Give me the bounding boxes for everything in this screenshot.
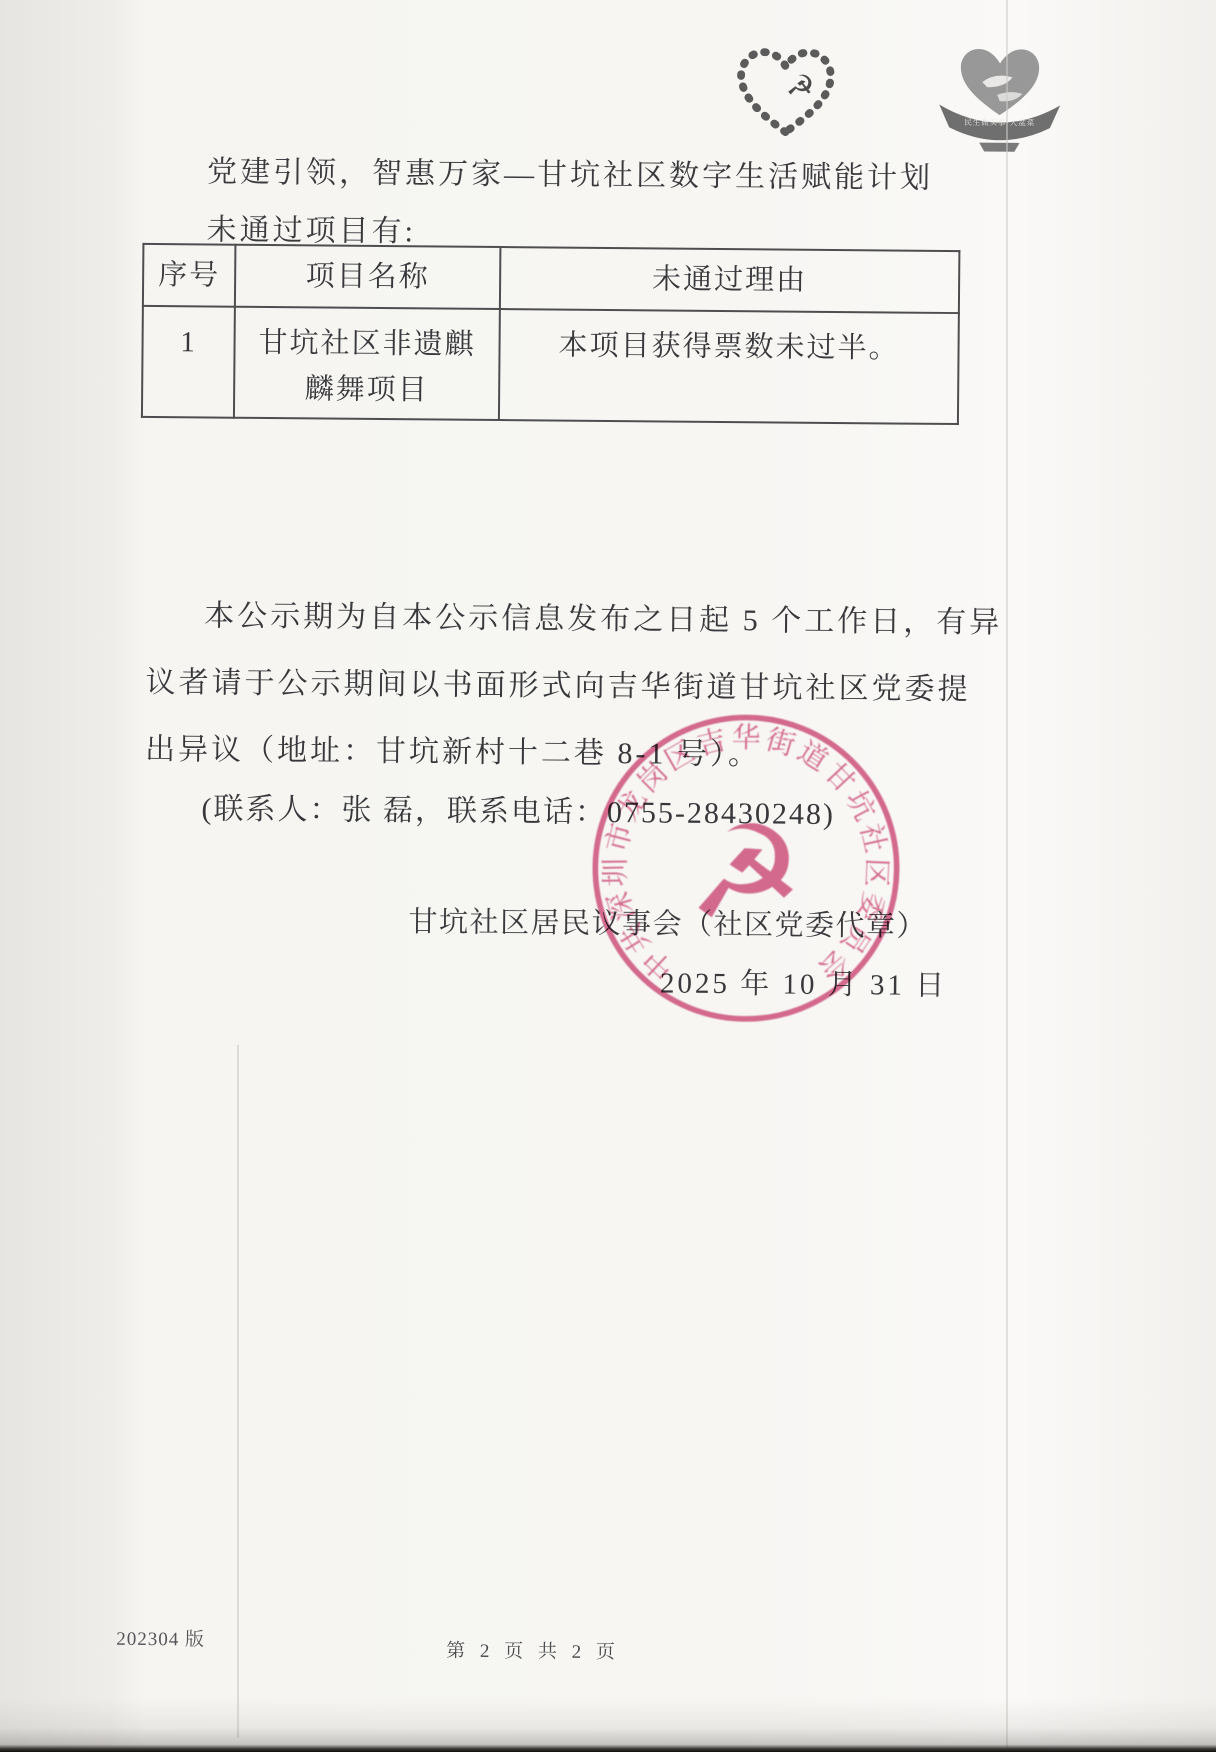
col-header-project-name: 项目名称 (235, 245, 501, 309)
cell-index: 1 (142, 306, 235, 418)
document-sheet: ☭ 民生微实事·大盆菜 党建引领，智惠万家—甘坑社区数字生活赋能计划 未通过项目… (0, 0, 1216, 1752)
notice-paragraph-line1: 本公示期为自本公示信息发布之日起 5 个工作日，有异 (146, 590, 1002, 641)
cell-project-name: 甘坑社区非遗麒麟舞项目 (234, 307, 500, 420)
scan-page-edge-line (1006, 0, 1008, 1752)
rejected-projects-table: 序号 项目名称 未通过理由 1 甘坑社区非遗麒麟舞项目 本项目获得票数未过半。 (141, 243, 960, 425)
official-red-seal: 中共深圳市龙岗区吉华街道甘坑社区委员会 ☭ (581, 703, 912, 1034)
notice-paragraph-line2: 议者请于公示期间以书面形式向吉华街道甘坑社区党委提 (145, 657, 970, 708)
minsheng-dapencai-logo: 民生微实事·大盆菜 (931, 29, 1068, 156)
seal-hammer-sickle-icon: ☭ (687, 798, 804, 949)
table-row: 1 甘坑社区非遗麒麟舞项目 本项目获得票数未过半。 (142, 306, 959, 424)
bowl-foot-shape (979, 143, 1019, 152)
party-heart-logo: ☭ (729, 33, 842, 146)
scan-crease-line (237, 1045, 239, 1738)
hammer-sickle-icon: ☭ (783, 67, 817, 107)
seal-graphic: 中共深圳市龙岗区吉华街道甘坑社区委员会 ☭ (581, 703, 912, 1034)
minsheng-logo-graphic: 民生微实事·大盆菜 (931, 29, 1068, 156)
project-title-line: 党建引领，智惠万家—甘坑社区数字生活赋能计划 (207, 146, 933, 196)
cell-reject-reason: 本项目获得票数未过半。 (499, 309, 959, 424)
col-header-index: 序号 (143, 244, 236, 307)
minsheng-logo-caption: 民生微实事·大盆菜 (964, 117, 1035, 128)
scan-bottom-edge-shadow (0, 1698, 1216, 1752)
col-header-reject-reason: 未通过理由 (500, 247, 960, 313)
scanned-document-page: { "document": { "title_line": "党建引领，智惠万家… (0, 0, 1216, 1752)
table-header-row: 序号 项目名称 未通过理由 (143, 244, 960, 313)
footer-page-number: 第 2 页 共 2 页 (446, 1636, 620, 1665)
party-heart-logo-graphic: ☭ (729, 33, 842, 146)
footer-version-label: 202304 版 (116, 1624, 205, 1652)
